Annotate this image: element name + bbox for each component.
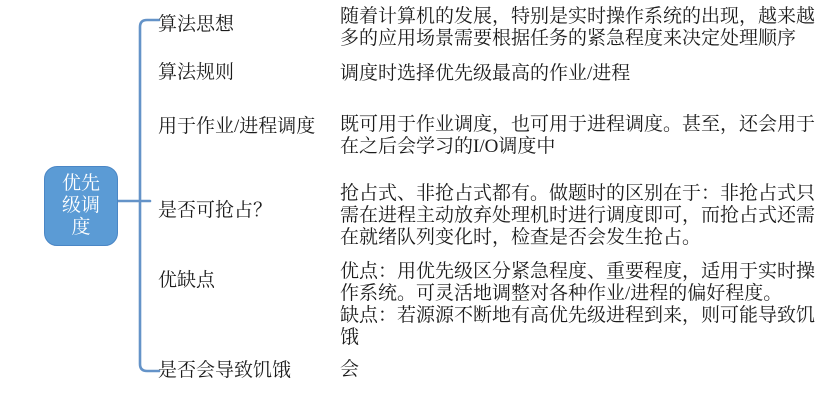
- branch-label-starvation: 是否会导致饥饿: [158, 360, 291, 382]
- branch-content-algorithm-rule: 调度时选择优先级最高的作业/进程: [340, 63, 630, 85]
- branch-content-preemptive: 抢占式、非抢占式都有。做题时的区别在于：非抢占式只 需在进程主动放弃处理机时进行…: [340, 183, 815, 249]
- branch-content-pros-cons: 优点：用优先级区分紧急程度、重要程度，适用于实时操 作系统。可灵活地调整对各种作…: [340, 261, 815, 349]
- branch-label-job-process-scheduling: 用于作业/进程调度: [158, 116, 315, 138]
- branch-content-job-process-scheduling: 既可用于作业调度，也可用于进程调度。甚至，还会用于 在之后会学习的I/O调度中: [340, 114, 815, 158]
- branch-label-algorithm-rule: 算法规则: [158, 62, 234, 84]
- branch-label-preemptive: 是否可抢占？: [158, 200, 272, 222]
- branch-content-starvation: 会: [340, 359, 359, 381]
- branch-content-algorithm-idea: 随着计算机的发展，特别是实时操作系统的出现，越来越 多的应用场景需要根据任务的紧…: [340, 6, 815, 50]
- branch-label-algorithm-idea: 算法思想: [158, 14, 234, 36]
- bracket-path: [140, 20, 159, 371]
- priority-scheduling-mindmap: 优先 级调 度 算法思想 随着计算机的发展，特别是实时操作系统的出现，越来越 多…: [0, 0, 828, 394]
- branch-label-pros-cons: 优缺点: [158, 270, 215, 292]
- root-node-priority-scheduling: 优先 级调 度: [44, 166, 118, 246]
